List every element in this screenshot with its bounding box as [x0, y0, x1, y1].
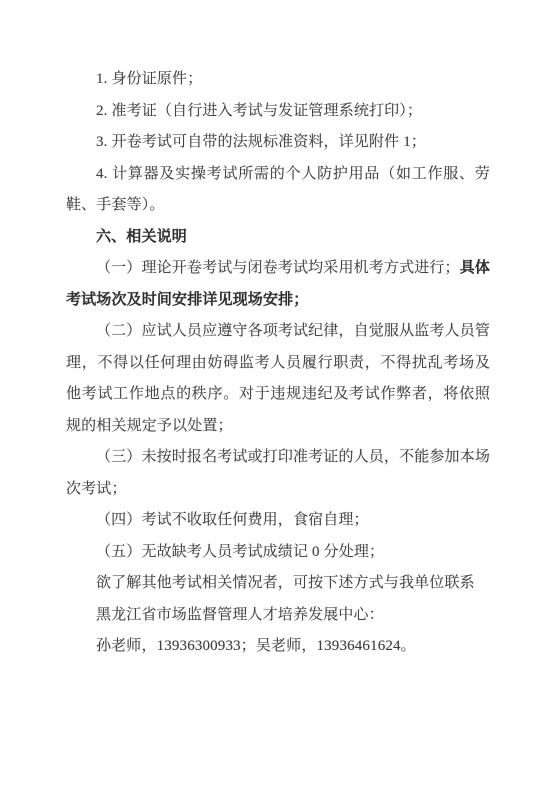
text-segment: （四）考试不收取任何费用，食宿自理； — [96, 512, 369, 528]
text-line: 考试场次及时间安排详见现场安排； — [66, 285, 490, 317]
text-segment: 鞋、手套等）。 — [66, 197, 165, 213]
text-line: （五）无故缺考人员考试成绩记 0 分处理； — [66, 537, 490, 569]
text-line: （一）理论开卷考试与闭卷考试均采用机考方式进行；具体 — [66, 253, 490, 285]
text-segment: （五）无故缺考人员考试成绩记 0 分处理； — [96, 544, 384, 560]
text-segment: 孙老师，13936300933；吴老师，13936461624。 — [96, 638, 416, 654]
text-line: 规的相关规定予以处置； — [66, 411, 490, 443]
text-segment: 规的相关规定予以处置； — [66, 418, 233, 434]
text-line: 理，不得以任何理由妨碍监考人员履行职责，不得扰乱考场及其 — [66, 348, 490, 380]
text-segment: 4. 计算器及实操考试所需的个人防护用品（如工作服、劳保 — [66, 166, 490, 191]
text-line: （四）考试不收取任何费用，食宿自理； — [66, 505, 490, 537]
text-line: （三）未按时报名考试或打印准考证的人员，不能参加本场 — [66, 442, 490, 474]
bold-text-segment: 考试场次及时间安排详见现场安排； — [66, 292, 308, 308]
text-segment: （三）未按时报名考试或打印准考证的人员，不能参加本场 — [96, 449, 490, 465]
text-line: 孙老师，13936300933；吴老师，13936461624。 — [66, 631, 490, 663]
text-line: 1. 身份证原件； — [66, 64, 490, 96]
text-line: 欲了解其他考试相关情况者，可按下述方式与我单位联系 — [66, 568, 490, 600]
text-segment: 1. 身份证原件； — [96, 71, 202, 87]
text-line: 4. 计算器及实操考试所需的个人防护用品（如工作服、劳保 — [66, 159, 490, 191]
text-line: 他考试工作地点的秩序。对于违规违纪及考试作弊者，将依照考 — [66, 379, 490, 411]
text-segment: 2. 准考证（自行进入考试与发证管理系统打印）； — [96, 103, 422, 119]
document-body: 1. 身份证原件；2. 准考证（自行进入考试与发证管理系统打印）；3. 开卷考试… — [66, 64, 490, 663]
text-segment: 次考试； — [66, 481, 127, 497]
text-segment: 他考试工作地点的秩序。对于违规违纪及考试作弊者，将依照考 — [66, 386, 490, 411]
text-segment: （二）应试人员应遵守各项考试纪律，自觉服从监考人员管 — [96, 323, 490, 339]
bold-text-segment: 具体 — [460, 260, 490, 276]
text-segment: 欲了解其他考试相关情况者，可按下述方式与我单位联系 — [96, 575, 475, 591]
text-line: （二）应试人员应遵守各项考试纪律，自觉服从监考人员管 — [66, 316, 490, 348]
bold-text-segment: 六、相关说明 — [96, 229, 187, 245]
text-segment: 3. 开卷考试可自带的法规标准资料，详见附件 1； — [96, 134, 426, 150]
text-line: 次考试； — [66, 474, 490, 506]
text-segment: 理，不得以任何理由妨碍监考人员履行职责，不得扰乱考场及其 — [66, 355, 490, 380]
text-line: 3. 开卷考试可自带的法规标准资料，详见附件 1； — [66, 127, 490, 159]
text-line: 六、相关说明 — [66, 222, 490, 254]
text-line: 黑龙江省市场监督管理人才培养发展中心： — [66, 600, 490, 632]
text-segment: （一）理论开卷考试与闭卷考试均采用机考方式进行； — [96, 260, 460, 276]
text-line: 鞋、手套等）。 — [66, 190, 490, 222]
document-page: 1. 身份证原件；2. 准考证（自行进入考试与发证管理系统打印）；3. 开卷考试… — [0, 0, 552, 810]
text-segment: 黑龙江省市场监督管理人才培养发展中心： — [96, 607, 384, 623]
text-line: 2. 准考证（自行进入考试与发证管理系统打印）； — [66, 96, 490, 128]
